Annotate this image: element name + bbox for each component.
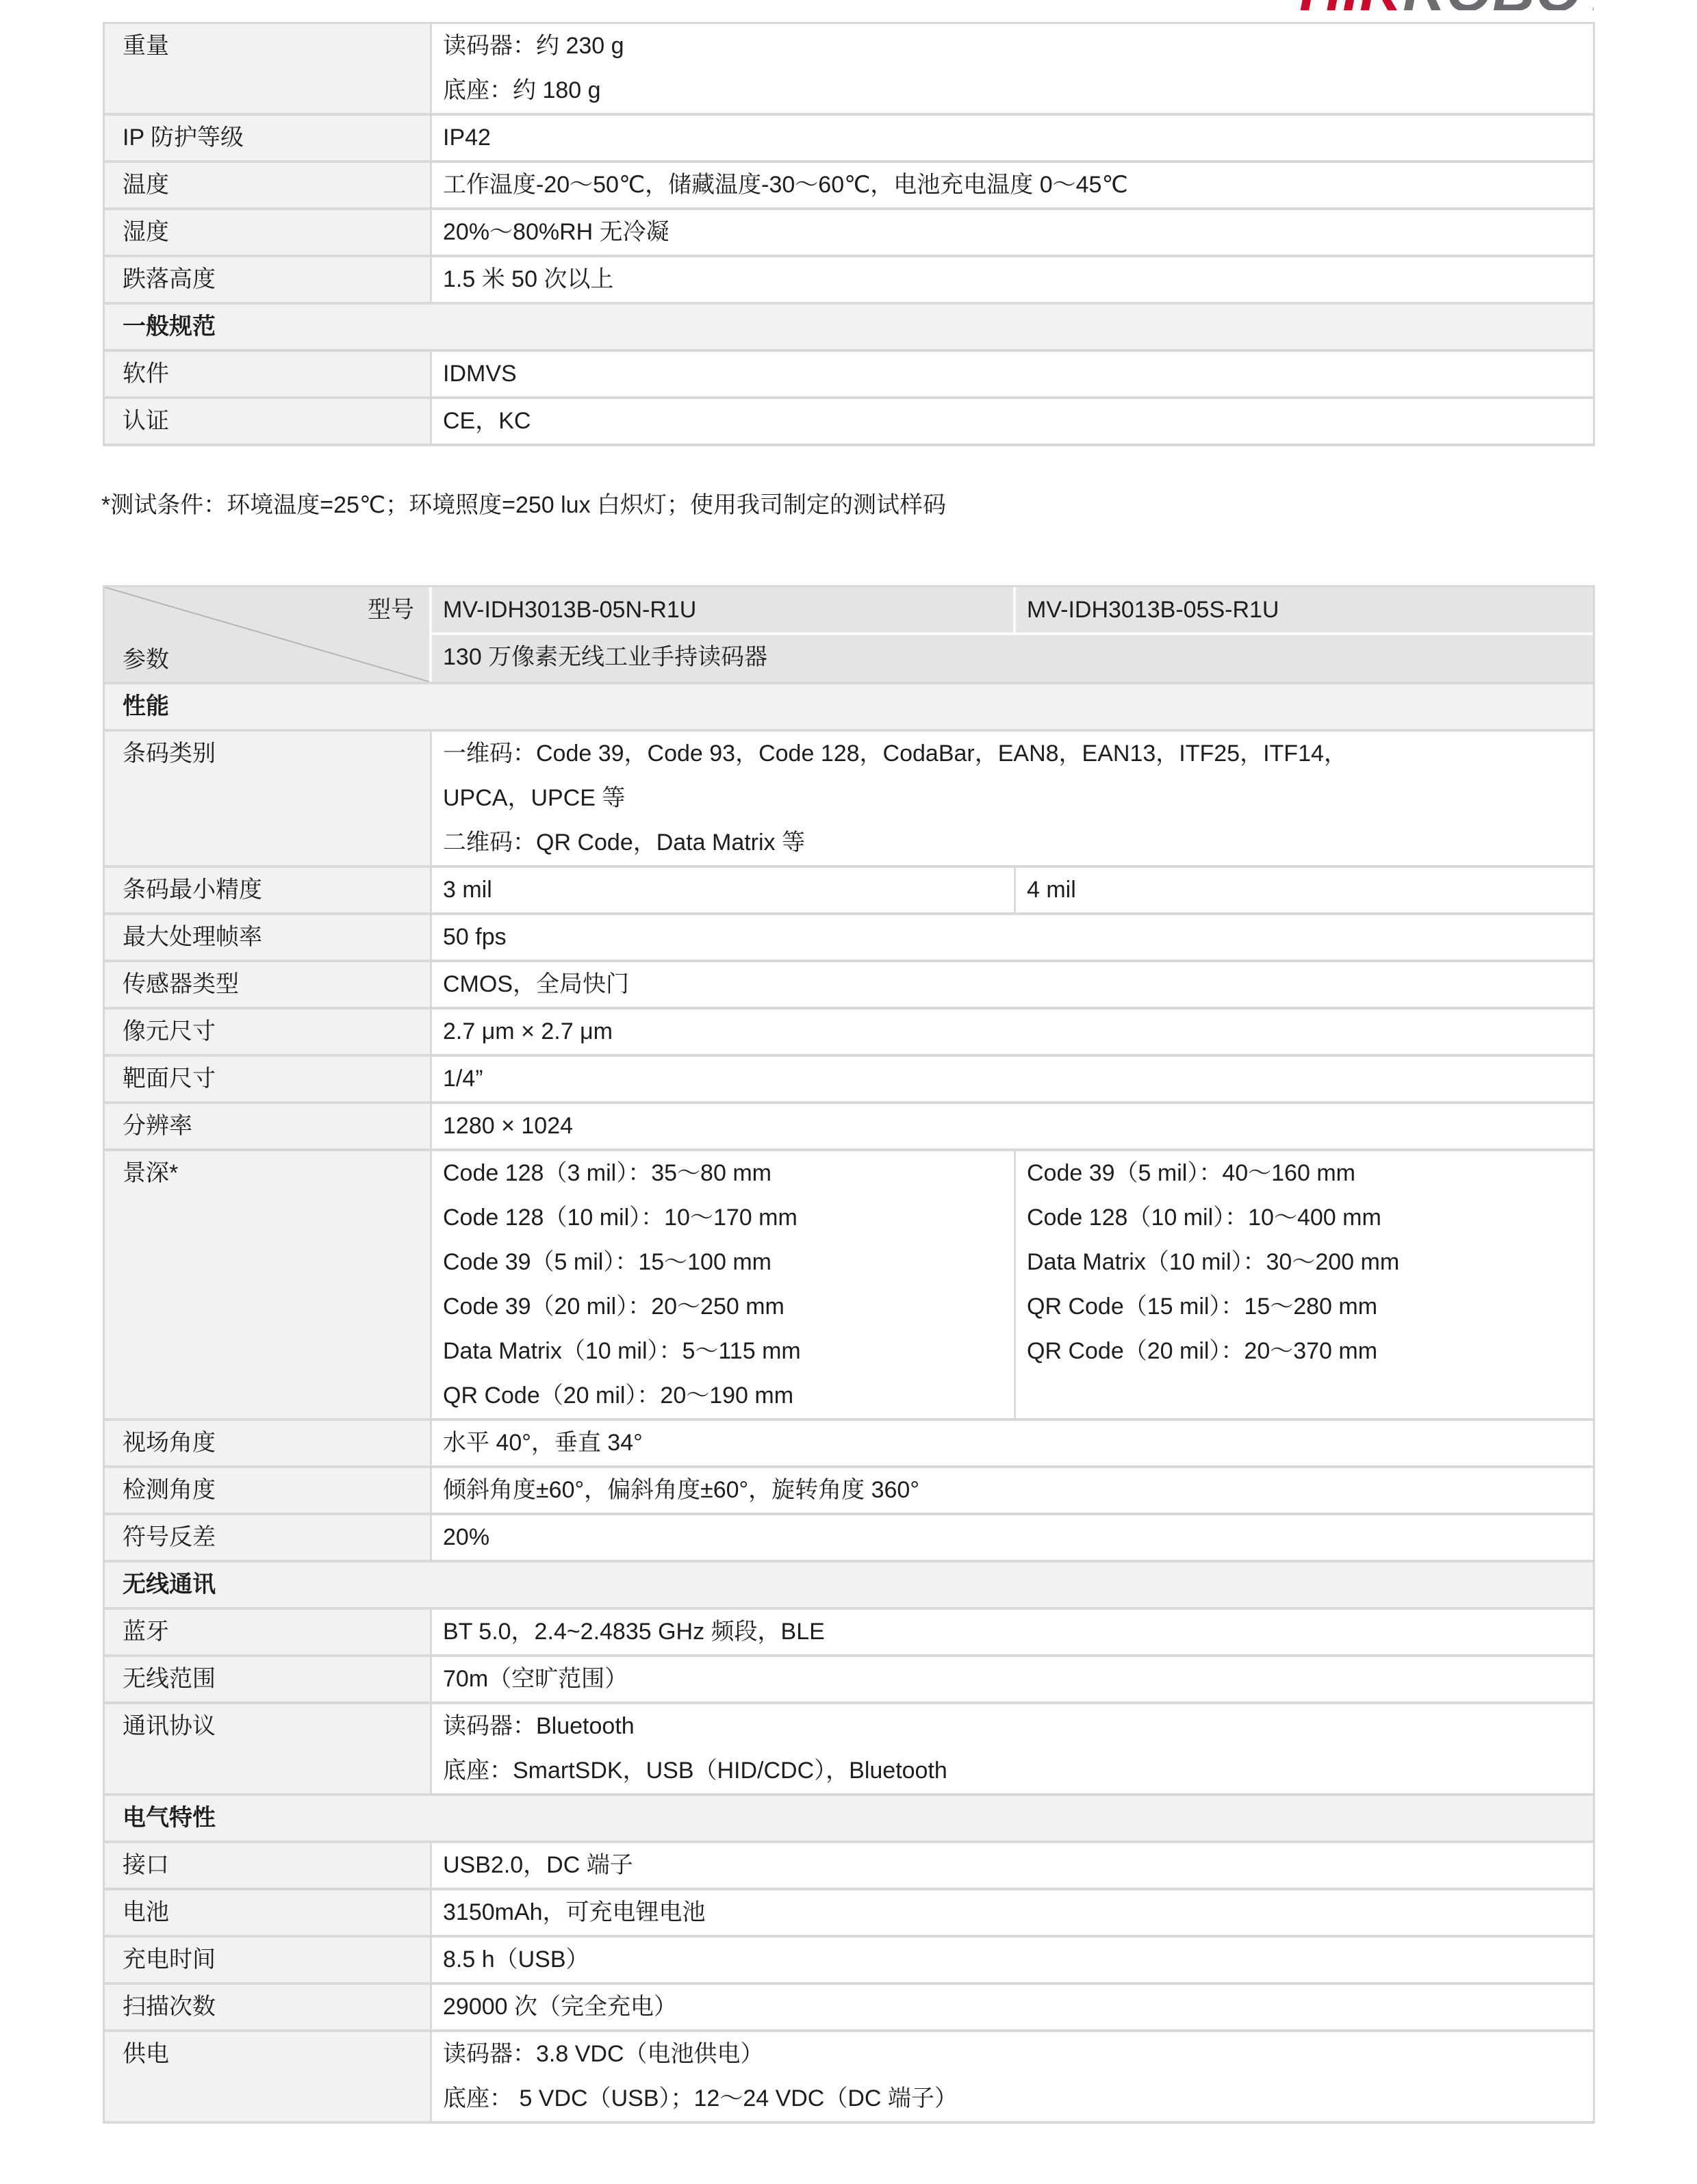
spec-row: 无线范围70m（空旷范围） — [105, 1657, 1593, 1704]
spec-row: 供电读码器：3.8 VDC（电池供电）底座： 5 VDC（USB）；12～24 … — [105, 2032, 1593, 2124]
row-label-text: 通讯协议 — [123, 1704, 430, 1749]
section-label: 一般规范 — [105, 305, 1593, 349]
row-value: CMOS，全局快门 — [432, 962, 1593, 1007]
value-line: 2.7 μm × 2.7 μm — [443, 1010, 1593, 1054]
value-line: QR Code（20 mil）：20～370 mm — [1027, 1329, 1593, 1374]
row-label-text: 传感器类型 — [123, 962, 430, 1007]
row-label: 靶面尺寸 — [105, 1057, 432, 1101]
row-label: 接口 — [105, 1843, 432, 1888]
value-line: BT 5.0，2.4~2.4835 GHz 频段，BLE — [443, 1610, 1593, 1654]
row-value: 20% — [432, 1515, 1593, 1560]
logo-hik-text: HIK — [1299, 0, 1403, 10]
row-label-text: 景深* — [123, 1151, 430, 1196]
row-label: 景深* — [105, 1151, 432, 1418]
value-line: CMOS，全局快门 — [443, 962, 1593, 1007]
row-label: 最大处理帧率 — [105, 915, 432, 960]
value-line: UPCA，UPCE 等 — [443, 776, 1593, 821]
value-line: 4 mil — [1027, 868, 1593, 912]
row-label-text: 像元尺寸 — [123, 1010, 430, 1054]
row-label: 符号反差 — [105, 1515, 432, 1560]
hikrobot-logo: HIKROBOT — [1299, 0, 1594, 10]
spec-row: 条码最小精度3 mil4 mil — [105, 868, 1593, 915]
model-spec-table: 型号 参数 MV-IDH3013B-05N-R1U MV-IDH3013B-05… — [103, 585, 1595, 2124]
row-label-text: 认证 — [123, 399, 430, 444]
spec-row: 符号反差20% — [105, 1515, 1593, 1563]
section-label: 性能 — [105, 684, 1593, 729]
row-label: 蓝牙 — [105, 1610, 432, 1654]
section-label: 无线通讯 — [105, 1563, 1593, 1607]
spec-row: 温度工作温度-20～50℃，储藏温度-30～60℃，电池充电温度 0～45℃ — [105, 163, 1593, 210]
spec-row: 视场角度水平 40°，垂直 34° — [105, 1421, 1593, 1468]
value-line: 20% — [443, 1515, 1593, 1560]
corner-model-label: 型号 — [368, 587, 414, 632]
row-label-text: 视场角度 — [123, 1421, 430, 1465]
row-value: 50 fps — [432, 915, 1593, 960]
spec-row: 蓝牙BT 5.0，2.4~2.4835 GHz 频段，BLE — [105, 1610, 1593, 1657]
spec-row: IP 防护等级IP42 — [105, 116, 1593, 163]
row-value-left: Code 128（3 mil）：35～80 mmCode 128（10 mil）… — [432, 1151, 1016, 1418]
value-line: 50 fps — [443, 915, 1593, 960]
section-row: 一般规范 — [105, 305, 1593, 352]
row-value: 一维码：Code 39，Code 93，Code 128，CodaBar，EAN… — [432, 732, 1593, 865]
row-value: IP42 — [432, 116, 1593, 160]
row-value-right: Code 39（5 mil）：40～160 mmCode 128（10 mil）… — [1016, 1151, 1593, 1418]
logo-robot-text: ROBOT — [1403, 0, 1594, 10]
row-label-text: 接口 — [123, 1843, 430, 1888]
row-value: 70m（空旷范围） — [432, 1657, 1593, 1701]
row-value: 读码器：3.8 VDC（电池供电）底座： 5 VDC（USB）；12～24 VD… — [432, 2032, 1593, 2121]
row-value: 2.7 μm × 2.7 μm — [432, 1010, 1593, 1054]
row-label: 认证 — [105, 399, 432, 444]
datasheet-page: HIKROBOT 重量读码器：约 230 g底座：约 180 gIP 防护等级I… — [0, 0, 1697, 2184]
row-label: 检测角度 — [105, 1468, 432, 1513]
section-row: 无线通讯 — [105, 1563, 1593, 1610]
spec-row: 最大处理帧率50 fps — [105, 915, 1593, 962]
spec-row: 景深*Code 128（3 mil）：35～80 mmCode 128（10 m… — [105, 1151, 1593, 1421]
row-label-text: 跌落高度 — [123, 257, 430, 302]
value-line: 1280 × 1024 — [443, 1104, 1593, 1148]
value-line: 一维码：Code 39，Code 93，Code 128，CodaBar，EAN… — [443, 732, 1593, 776]
value-line: Code 128（3 mil）：35～80 mm — [443, 1151, 1014, 1196]
row-value: 1/4” — [432, 1057, 1593, 1101]
row-label-text: 扫描次数 — [123, 1985, 430, 2029]
value-line: 3 mil — [443, 868, 1014, 912]
value-line: 底座：约 180 g — [443, 68, 1593, 113]
value-line: 底座：SmartSDK，USB（HID/CDC），Bluetooth — [443, 1749, 1593, 1793]
row-label: 无线范围 — [105, 1657, 432, 1701]
value-line: Code 128（10 mil）：10～400 mm — [1027, 1196, 1593, 1240]
header-model-row: MV-IDH3013B-05N-R1U MV-IDH3013B-05S-R1U — [432, 587, 1593, 635]
row-value: 工作温度-20～50℃，储藏温度-30～60℃，电池充电温度 0～45℃ — [432, 163, 1593, 207]
row-label: 跌落高度 — [105, 257, 432, 302]
value-line: Code 39（5 mil）：40～160 mm — [1027, 1151, 1593, 1196]
spec-row: 湿度20%～80%RH 无冷凝 — [105, 210, 1593, 257]
row-label: 充电时间 — [105, 1938, 432, 1982]
row-label: 条码最小精度 — [105, 868, 432, 912]
value-line: QR Code（20 mil）：20～190 mm — [443, 1374, 1014, 1418]
value-line: 1/4” — [443, 1057, 1593, 1101]
spec-row: 条码类别一维码：Code 39，Code 93，Code 128，CodaBar… — [105, 732, 1593, 868]
value-line: Code 128（10 mil）：10～170 mm — [443, 1196, 1014, 1240]
model-name: MV-IDH3013B-05S-R1U — [1016, 587, 1593, 632]
row-value: 1.5 米 50 次以上 — [432, 257, 1593, 302]
row-value: 水平 40°，垂直 34° — [432, 1421, 1593, 1465]
spec-row: 软件IDMVS — [105, 352, 1593, 399]
value-line: 29000 次（完全充电） — [443, 1985, 1593, 2029]
row-label: 视场角度 — [105, 1421, 432, 1465]
row-label-text: 分辨率 — [123, 1104, 430, 1148]
row-label-text: 无线范围 — [123, 1657, 430, 1701]
value-line: 20%～80%RH 无冷凝 — [443, 210, 1593, 255]
value-line: 倾斜角度±60°，偏斜角度±60°，旋转角度 360° — [443, 1468, 1593, 1513]
value-line: Code 39（20 mil）：20～250 mm — [443, 1285, 1014, 1329]
spec-row: 重量读码器：约 230 g底座：约 180 g — [105, 24, 1593, 116]
row-value: 29000 次（完全充电） — [432, 1985, 1593, 2029]
row-label: 像元尺寸 — [105, 1010, 432, 1054]
row-value: 3150mAh，可充电锂电池 — [432, 1890, 1593, 1935]
row-value: 倾斜角度±60°，偏斜角度±60°，旋转角度 360° — [432, 1468, 1593, 1513]
row-label-text: 符号反差 — [123, 1515, 430, 1560]
row-label-text: 湿度 — [123, 210, 430, 255]
row-value: 8.5 h（USB） — [432, 1938, 1593, 1982]
corner-param-label: 参数 — [123, 638, 169, 682]
row-label: 软件 — [105, 352, 432, 396]
row-value: USB2.0，DC 端子 — [432, 1843, 1593, 1888]
test-condition-note: *测试条件：环境温度=25℃；环境照度=250 lux 白炽灯；使用我司制定的测… — [101, 483, 946, 528]
spec-row: 认证CE，KC — [105, 399, 1593, 446]
row-label-text: 蓝牙 — [123, 1610, 430, 1654]
value-line: 读码器：约 230 g — [443, 24, 1593, 68]
value-line: 二维码：QR Code，Data Matrix 等 — [443, 821, 1593, 865]
row-label: 扫描次数 — [105, 1985, 432, 2029]
value-line: Code 39（5 mil）：15～100 mm — [443, 1240, 1014, 1285]
section-label: 电气特性 — [105, 1796, 1593, 1840]
row-label-text: 重量 — [123, 24, 430, 68]
value-line: IDMVS — [443, 352, 1593, 396]
row-label: 通讯协议 — [105, 1704, 432, 1793]
value-line: 8.5 h（USB） — [443, 1938, 1593, 1982]
row-value: IDMVS — [432, 352, 1593, 396]
spec-row: 充电时间8.5 h（USB） — [105, 1938, 1593, 1985]
row-label: 湿度 — [105, 210, 432, 255]
spec-row: 检测角度倾斜角度±60°，偏斜角度±60°，旋转角度 360° — [105, 1468, 1593, 1515]
spec-row: 跌落高度1.5 米 50 次以上 — [105, 257, 1593, 305]
row-label-text: 检测角度 — [123, 1468, 430, 1513]
row-label: 传感器类型 — [105, 962, 432, 1007]
value-line: IP42 — [443, 116, 1593, 160]
row-label: 电池 — [105, 1890, 432, 1935]
row-label-text: IP 防护等级 — [123, 116, 430, 160]
value-line: 70m（空旷范围） — [443, 1657, 1593, 1701]
value-line: 读码器：Bluetooth — [443, 1704, 1593, 1749]
hikrobot-logo-text: HIKROBOT — [1299, 0, 1594, 10]
row-value: 读码器：约 230 g底座：约 180 g — [432, 24, 1593, 113]
value-line: QR Code（15 mil）：15～280 mm — [1027, 1285, 1593, 1329]
header-corner-cell: 型号 参数 — [105, 587, 432, 682]
row-value: 20%～80%RH 无冷凝 — [432, 210, 1593, 255]
row-label-text: 靶面尺寸 — [123, 1057, 430, 1101]
spec-row: 接口USB2.0，DC 端子 — [105, 1843, 1593, 1890]
spec-row: 通讯协议读码器：Bluetooth底座：SmartSDK，USB（HID/CDC… — [105, 1704, 1593, 1796]
row-value: 读码器：Bluetooth底座：SmartSDK，USB（HID/CDC），Bl… — [432, 1704, 1593, 1793]
row-value: 1280 × 1024 — [432, 1104, 1593, 1148]
row-label-text: 电池 — [123, 1890, 430, 1935]
model-spec-table-body: 性能条码类别一维码：Code 39，Code 93，Code 128，CodaB… — [105, 684, 1593, 2124]
row-label: 温度 — [105, 163, 432, 207]
row-label-text: 条码类别 — [123, 732, 430, 776]
value-line: 3150mAh，可充电锂电池 — [443, 1890, 1593, 1935]
general-spec-table: 重量读码器：约 230 g底座：约 180 gIP 防护等级IP42温度工作温度… — [103, 22, 1595, 446]
value-line: Data Matrix（10 mil）：5～115 mm — [443, 1329, 1014, 1374]
value-line: 1.5 米 50 次以上 — [443, 257, 1593, 302]
value-line: Data Matrix（10 mil）：30～200 mm — [1027, 1240, 1593, 1285]
row-value: BT 5.0，2.4~2.4835 GHz 频段，BLE — [432, 1610, 1593, 1654]
row-label: 重量 — [105, 24, 432, 113]
spec-row: 传感器类型CMOS，全局快门 — [105, 962, 1593, 1010]
value-line: USB2.0，DC 端子 — [443, 1843, 1593, 1888]
section-row: 电气特性 — [105, 1796, 1593, 1843]
value-line: CE，KC — [443, 399, 1593, 444]
row-value-left: 3 mil — [432, 868, 1016, 912]
spec-row: 分辨率1280 × 1024 — [105, 1104, 1593, 1151]
spec-row: 电池3150mAh，可充电锂电池 — [105, 1890, 1593, 1938]
value-line: 水平 40°，垂直 34° — [443, 1421, 1593, 1465]
section-row: 性能 — [105, 684, 1593, 732]
row-label: 条码类别 — [105, 732, 432, 865]
row-value: CE，KC — [432, 399, 1593, 444]
spec-row: 靶面尺寸1/4” — [105, 1057, 1593, 1104]
row-label-text: 条码最小精度 — [123, 868, 430, 912]
row-label: 分辨率 — [105, 1104, 432, 1148]
value-line: 工作温度-20～50℃，储藏温度-30～60℃，电池充电温度 0～45℃ — [443, 163, 1593, 207]
row-label-text: 温度 — [123, 163, 430, 207]
header-right: MV-IDH3013B-05N-R1U MV-IDH3013B-05S-R1U … — [432, 587, 1593, 682]
row-label: IP 防护等级 — [105, 116, 432, 160]
value-line: 读码器：3.8 VDC（电池供电） — [443, 2032, 1593, 2077]
model-name: MV-IDH3013B-05N-R1U — [432, 587, 1016, 632]
row-label: 供电 — [105, 2032, 432, 2121]
spec-row: 扫描次数29000 次（完全充电） — [105, 1985, 1593, 2032]
table-header: 型号 参数 MV-IDH3013B-05N-R1U MV-IDH3013B-05… — [105, 587, 1593, 684]
row-label-text: 充电时间 — [123, 1938, 430, 1982]
row-label-text: 供电 — [123, 2032, 430, 2077]
value-line: 底座： 5 VDC（USB）；12～24 VDC（DC 端子） — [443, 2077, 1593, 2121]
row-label-text: 最大处理帧率 — [123, 915, 430, 960]
row-value-right: 4 mil — [1016, 868, 1593, 912]
spec-row: 像元尺寸2.7 μm × 2.7 μm — [105, 1010, 1593, 1057]
row-label-text: 软件 — [123, 352, 430, 396]
model-subtitle: 130 万像素无线工业手持读码器 — [432, 635, 1593, 679]
